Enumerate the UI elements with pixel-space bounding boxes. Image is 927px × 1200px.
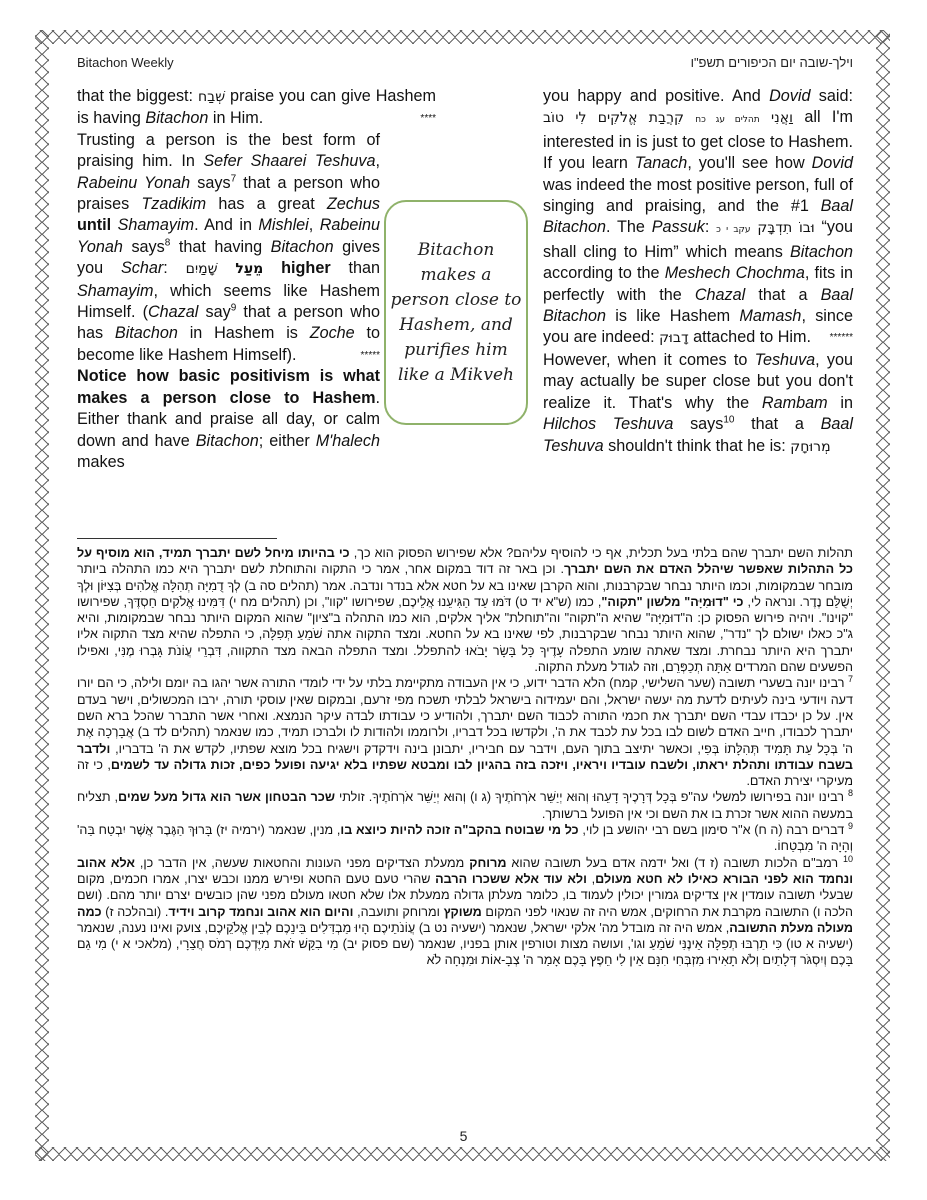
section-divider-stars: **** <box>420 108 436 129</box>
source-citation: תהלים עג כח <box>695 115 759 125</box>
pullquote-box: Bitachon makes a person close to Hashem,… <box>384 200 528 425</box>
footnote-ref-10[interactable]: 10 <box>723 415 734 426</box>
right-column: you happy and positive. And Dovid said: … <box>491 86 853 512</box>
footnotes: תהלות השם יתברך שהם בלתי בעל תכלית, אף כ… <box>77 545 853 969</box>
border-bottom <box>35 1147 890 1161</box>
right-paragraph-1: you happy and positive. And Dovid said: … <box>491 86 853 350</box>
footnote-9: 9 דברים רבה (ה ח) א"ר סימון בשם רבי יהוש… <box>77 822 853 855</box>
page-number: 5 <box>0 1128 927 1144</box>
running-header: Bitachon Weekly וילך-שובה יום הכיפורים ת… <box>77 55 853 75</box>
left-column: that the biggest: שְׁבַח praise you can … <box>77 86 436 473</box>
border-left <box>35 30 49 1161</box>
footnote-continuation: תהלות השם יתברך שהם בלתי בעל תכלית, אף כ… <box>77 545 853 675</box>
publication-title: Bitachon Weekly <box>77 55 174 70</box>
left-paragraph-2: Trusting a person is the best form of pr… <box>77 130 436 366</box>
section-divider-stars: ***** <box>361 345 380 366</box>
hebrew-word: שְׁבַח <box>198 89 225 105</box>
source-citation: עקב י כ <box>716 225 750 235</box>
section-divider-stars: ****** <box>830 327 853 348</box>
footnote-separator <box>77 538 277 539</box>
pullquote-text: Bitachon makes a person close to Hashem,… <box>390 238 522 388</box>
right-paragraph-2: However, when it comes to Teshuva, you m… <box>491 350 853 458</box>
parsha-title: וילך-שובה יום הכיפורים תשפ"ו <box>691 55 853 70</box>
border-top <box>35 30 890 44</box>
left-paragraph-1: that the biggest: שְׁבַח praise you can … <box>77 86 436 130</box>
border-right <box>876 30 890 1161</box>
footnote-7: 7 רבינו יונה בשערי תשובה (שער השלישי, קמ… <box>77 675 853 789</box>
footnote-8: 8 רבינו יונה בפירושו למשלי עה"פ בְּכָל ד… <box>77 789 853 822</box>
footnote-10: 10 רמב"ם הלכות תשובה (ז ד) ואל ידמה אדם … <box>77 855 853 969</box>
